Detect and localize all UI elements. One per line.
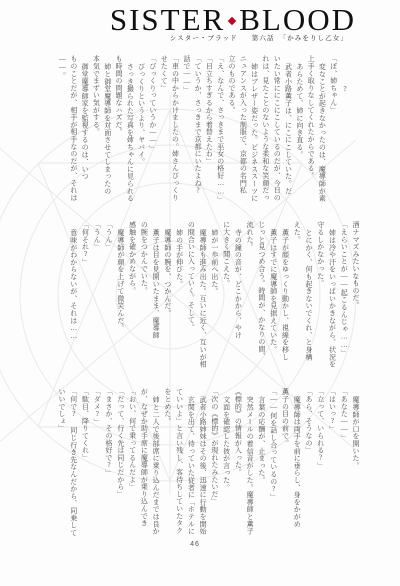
text-column: 「——何を話し合っているの?」	[269, 388, 278, 538]
text-column: えた。	[292, 221, 301, 371]
text-column: 姉が一歩前へ出た。	[210, 221, 219, 371]
text-column: ?	[340, 55, 349, 205]
text-column: 立のものである。	[227, 55, 236, 205]
text-column: 姉はブレザー姿だった。ビジネススーツに近い	[250, 55, 259, 205]
text-column: 本気でまずい気がする。	[91, 55, 100, 205]
text-column: びっくりというより、ヤバイ。	[137, 55, 146, 205]
text-column: 文面を確認した彼が言った。	[222, 388, 231, 538]
text-column: ニュアンスが入った制服で、京都の名門私	[238, 55, 247, 205]
text-column: 武者小路薫子は、にこにこしていた。だ	[284, 55, 293, 205]
text-column: も時間の問題なハズだ。	[114, 55, 123, 205]
text-column: 変なことが起きなかったのは、魔導師が素早く	[317, 55, 326, 205]
text-column: 意味がわからないが、それは……	[69, 221, 78, 371]
text-column: ていいよ」と言い残し、客待ちしていたタクシー	[175, 388, 184, 538]
page-number: 46	[0, 541, 390, 548]
text-column: ものことだが、相手が相手なのだが、それは	[69, 55, 78, 205]
text-column: とにかく、何も起きないでくれ、と身構	[304, 221, 313, 371]
text-column: じっと見つめ合う。時間が、かなりの間、	[257, 221, 266, 371]
text-column: 薫子の目の前で。	[280, 388, 289, 538]
text-column: あらためて、姉に向き直る。	[295, 55, 304, 205]
text-column: 話で——」	[182, 55, 191, 205]
text-column: 「立って、いられる?」	[316, 388, 325, 538]
text-column: 流れた。	[245, 221, 254, 371]
text-column: 薫子は目を見開いたまま、魔導師	[151, 221, 160, 371]
text-column: 薫子はすでに魔導師を見据えていた。	[269, 221, 278, 371]
text-column: せたくて」	[159, 55, 168, 205]
text-column: 「えらいことが——起こるんじゃ……」	[339, 221, 348, 371]
text-column: 「何それ?」	[81, 221, 90, 371]
text-column: 「車の中からかけましたの。姉さんびっくりさ	[171, 55, 180, 205]
text-column: 玄関を出て、待っていた従者に「ホテルに戻っ	[186, 388, 195, 538]
text-column: 「ダメ?」	[92, 388, 101, 538]
subtitle-episode-title: 「かみをりし乙女」	[280, 35, 348, 42]
text-column: 魔導師が顔を上げて微笑んだ。	[116, 221, 125, 371]
text-column: 姉は冷や汗をいっぱいかきながら、状況を見	[327, 221, 336, 371]
text-column: 姉と御堂魔導師を対面させてしまったのは、	[103, 55, 112, 205]
text-column: さっき撮られた写真を姉ちゃんに見られるの	[125, 55, 134, 205]
subtitle-episode-number: 第六話	[252, 35, 275, 42]
subtitle-series: シスター・ブラッド	[170, 35, 238, 42]
text-column: 「え、なんで、さっきまで巫女の格好……」	[216, 55, 225, 205]
text-band-middle: 酒ナマズみたいなものだ。「えらいことが——起こるんじゃ……」姉は冷や汗をいっぱい…	[50, 221, 360, 371]
text-column: 魔導師は両手を前に垂らし、身をかがめた。	[292, 388, 301, 538]
text-column: 守るしかなかった。	[316, 221, 325, 371]
text-column: 「目立ちすぎるから着替えたわ」	[204, 55, 213, 205]
text-column: 「次の《標的》が現れたみたいだ」	[210, 388, 219, 538]
text-column: 姉と二人で後部席に乗り込んだまでは良かった	[151, 388, 160, 538]
text-column: 魔導師が口を開いた。	[351, 388, 360, 538]
text-band-lower: 魔導師が口を開いた。「あなた——」「はいっ?」「立って、いられる?」「あら、そう…	[50, 388, 360, 538]
novel-page: SISTERBLOOD シスター・ブラッド第六話「かみをりし乙女」 ?「ぼ、姉ち…	[0, 0, 400, 586]
text-column: をとめた。	[163, 388, 172, 538]
text-column: れは、見たことのないような柔和な笑顔だった	[261, 55, 270, 205]
text-column: 寺の鐘の音が、どこかから、やけ	[233, 221, 242, 371]
text-column: の腕をつかんでいた。	[139, 221, 148, 371]
text-column: 「うん」	[104, 221, 113, 371]
text-column: 「うん」	[92, 221, 101, 371]
text-column: 言葉の応酬が、止まった。	[257, 388, 266, 538]
text-column: 「あら、そうなの」	[304, 388, 313, 538]
text-column: 「まさか、その格好で?」	[104, 388, 113, 538]
text-column: 突然メールの着信音がした。魔導師と薫子	[245, 388, 254, 538]
text-column: 上手く取りなしてくれたからである。	[306, 55, 315, 205]
text-column: の間合いに入っていく。そして。	[186, 221, 195, 371]
text-column: 「駄目、降りてくれ」	[81, 388, 90, 538]
text-band-upper: ?「ぼ、姉ちゃん」変なことが起きなかったのは、魔導師が素早く上手く取りなしてくれ…	[50, 55, 349, 205]
title-text-sister: SISTER	[110, 2, 225, 37]
text-column: 「おい、何で乗ってるんだよ」	[128, 388, 137, 538]
text-column: 魔導師も進み出た。互いに近く、互いが相手	[198, 221, 207, 371]
page-subtitle: シスター・ブラッド第六話「かみをりし乙女」	[170, 33, 348, 42]
text-column: 「あなた——」	[339, 388, 348, 538]
page-title: SISTERBLOOD	[110, 4, 356, 35]
text-column: 姉の手が伸びた。	[175, 221, 184, 371]
text-column: 「びっくりっていうか——」	[148, 55, 157, 205]
text-column: に大きく聞こえた。	[222, 221, 231, 371]
text-column: が、なぜか助手席に魔導師が乗り込んできた。	[139, 388, 148, 538]
text-column: 御堂魔導師家を監視するのは、いつ	[80, 55, 89, 205]
text-column: いいでしょ」	[57, 388, 66, 538]
text-column: 《標的》の情報が入った。	[233, 388, 242, 538]
text-column: 薫子が顔をゆっくり動かし、視線を移した。	[280, 221, 289, 371]
text-column: いたい常ににこにこしているのだが、今日のそ	[272, 55, 281, 205]
text-column: 魔導師の腕を、つかんだ。	[163, 221, 172, 371]
text-column: 「何で? 同じ行き先なんだから、同乗しても	[69, 388, 78, 538]
text-column: 「はいっ?」	[327, 388, 336, 538]
title-text-blood: BLOOD	[239, 2, 356, 37]
text-column: 武者小路姉妹はその後、迅速に行動を開始した	[198, 388, 207, 538]
text-column: 「ぼ、姉ちゃん」	[329, 55, 338, 205]
text-column: 「だって、行く先は同じだから」	[116, 388, 125, 538]
text-column: 「ていうか、さっきまで京都にいたよね? 電	[193, 55, 202, 205]
text-column: ——。	[58, 55, 67, 205]
text-column: 感触を確かめながら。	[128, 221, 137, 371]
title-separator-diamond	[228, 17, 236, 25]
text-column: 酒ナマズみたいなものだ。	[351, 221, 360, 371]
